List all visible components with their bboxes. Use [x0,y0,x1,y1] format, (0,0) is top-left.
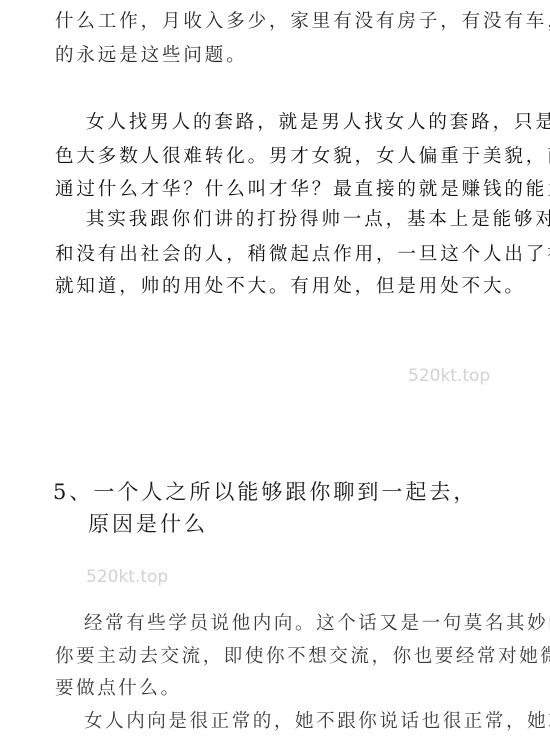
watermark: 520kt.top [86,567,168,587]
heading-title-line1: 一个人之所以能够跟你聊到一起去， [93,480,477,504]
heading-title-line2: 原因是什么 [88,510,208,538]
paragraph-first-line: 其实我跟你们讲的打扮得帅一点，基本上是能够对大学生 [86,208,550,232]
text-line: 的永远是这些问题。 [55,44,248,68]
paragraph-first-line: 女人内向是很正常的，她不跟你说话也很正常，她就是这 [84,710,550,734]
paragraph-first-line: 女人找男人的套路，就是男人找女人的套路，只是这个角 [86,111,550,135]
heading-number: 5、 [53,480,93,504]
document-page: 什么工作，月收入多少，家里有没有房子，有没有车，他们聊 的永远是这些问题。 女人… [0,0,550,744]
text-line: 和没有出社会的人，稍微起点作用，一旦这个人出了社会，他 [55,243,550,267]
text-line: 通过什么才华？什么叫才华？最直接的就是赚钱的能力。 [55,178,550,202]
watermark: 520kt.top [408,366,490,386]
text-line: 什么工作，月收入多少，家里有没有房子，有没有车，他们聊 [55,10,550,34]
paragraph-first-line: 经常有些学员说他内向。这个话又是一句莫名其妙的话。 [84,612,550,636]
text-line: 就知道，帅的用处不大。有用处，但是用处不大。 [55,275,526,299]
text-line: 色大多数人很难转化。男才女貌，女人偏重于美貌，而男人要 [55,145,550,169]
text-line: 要做点什么。 [55,677,182,701]
section-heading: 5、一个人之所以能够跟你聊到一起去， [53,478,477,506]
text-line: 你要主动去交流，即使你不想交流，你也要经常对她微笑，你 [55,645,550,669]
